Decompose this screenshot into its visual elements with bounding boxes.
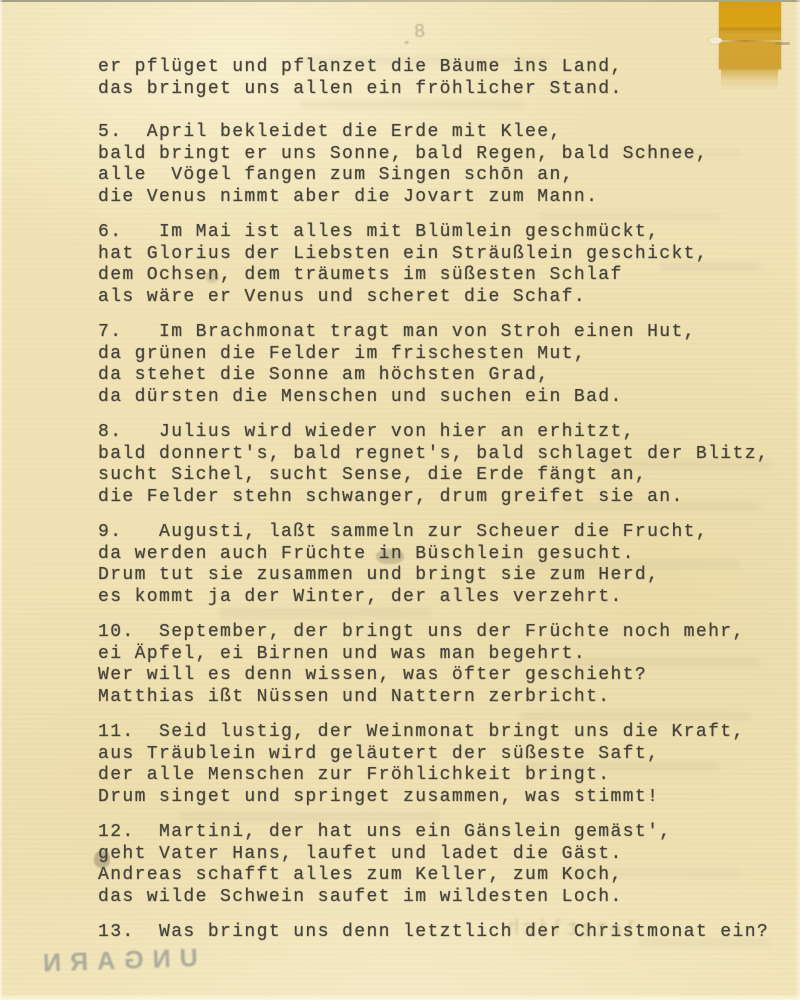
poem-line: da werden auch Früchte in Büschlein gesu… — [98, 544, 788, 566]
poem-line: bald donnert's, bald regnet's, bald schl… — [98, 444, 788, 466]
poem-line: da stehet die Sonne am höchsten Grad, — [98, 365, 788, 387]
document-page: 8 er pflüget und pflanzet die Bäume ins … — [0, 0, 800, 1000]
poem-line: aus Träublein wird geläutert der süßeste… — [98, 744, 788, 766]
poem-line: das wilde Schwein saufet im wildesten Lo… — [98, 887, 788, 909]
paper-top-edge — [0, 0, 800, 2]
poem-line: geht Vater Hans, laufet und ladet die Gä… — [98, 844, 788, 866]
tape-notch — [709, 37, 722, 44]
ungarn-stamp-bleed: UNGARN — [34, 944, 199, 979]
page-number: 8 — [413, 21, 426, 44]
poem-line: 8. Julius wird wieder von hier an erhitz… — [98, 422, 788, 444]
poem-line: die Felder stehn schwanger, drum greifet… — [98, 487, 788, 509]
stanza: 6. Im Mai ist alles mit Blümlein geschmü… — [98, 222, 788, 308]
poem-line: 6. Im Mai ist alles mit Blümlein geschmü… — [98, 222, 788, 244]
stanza: 8. Julius wird wieder von hier an erhitz… — [98, 422, 788, 508]
poem-line: Andreas schafft alles zum Keller, zum Ko… — [98, 865, 788, 887]
ghost-bleed-text: letztlich — [505, 918, 637, 943]
poem-line: 12. Martini, der hat uns ein Gänslein ge… — [98, 822, 788, 844]
poem-line: 11. Seid lustig, der Weinmonat bringt un… — [98, 722, 788, 744]
poem-line: 9. Augusti, laßt sammeln zur Scheuer die… — [98, 522, 788, 544]
poem-line: Wer will es denn wissen, was öfter gesch… — [98, 665, 788, 687]
paper-left-edge — [0, 0, 3, 1000]
poem-line: ei Äpfel, ei Birnen und was man begehrt. — [98, 644, 788, 666]
poem-line: die Venus nimmt aber die Jovart zum Mann… — [98, 187, 788, 209]
stanza: 13. Was bringt uns denn letztlich der Ch… — [98, 922, 788, 944]
stanza: 5. April bekleidet die Erde mit Klee, ba… — [98, 122, 788, 208]
poem-line: 5. April bekleidet die Erde mit Klee, — [98, 122, 788, 144]
poem-line: da dürsten die Menschen und suchen ein B… — [98, 387, 788, 409]
poem-line: da grünen die Felder im frischesten Mut, — [98, 344, 788, 366]
poem-line: Drum singet und springet zusammen, was s… — [98, 787, 788, 809]
poem-line: 7. Im Brachmonat tragt man von Stroh ein… — [98, 322, 788, 344]
poem-line: dem Ochsen, dem träumets im süßesten Sch… — [98, 265, 788, 287]
poem-line: Drum tut sie zusammen und bringt sie zum… — [98, 565, 788, 587]
poem-line: als wäre er Venus und scheret die Schaf. — [98, 287, 788, 309]
tape-crease — [719, 40, 781, 42]
poem-line: hat Glorius der Liebsten ein Sträußlein … — [98, 244, 788, 266]
poem-line: 10. September, der bringt uns der Frücht… — [98, 622, 788, 644]
stanza: 12. Martini, der hat uns ein Gänslein ge… — [98, 822, 788, 908]
paper-bottom-edge — [0, 994, 800, 1000]
poem-line: 13. Was bringt uns denn letztlich der Ch… — [98, 922, 788, 944]
stanza: 7. Im Brachmonat tragt man von Stroh ein… — [98, 322, 788, 408]
stanza: 10. September, der bringt uns der Frücht… — [98, 622, 788, 708]
stanza: 11. Seid lustig, der Weinmonat bringt un… — [98, 722, 788, 808]
poem-line: es kommt ja der Winter, der alles verzeh… — [98, 587, 788, 609]
paper-right-edge — [795, 0, 800, 1000]
tape-edge-mark — [775, 42, 790, 45]
poem-line: er pflüget und pflanzet die Bäume ins La… — [98, 57, 788, 79]
poem-line: sucht Sichel, sucht Sense, die Erde fäng… — [98, 465, 788, 487]
stanza: er pflüget und pflanzet die Bäume ins La… — [98, 57, 788, 100]
poem-line: der alle Menschen zur Fröhlichkeit bring… — [98, 765, 788, 787]
poem-line: bald bringt er uns Sonne, bald Regen, ba… — [98, 144, 788, 166]
poem-line: das bringet uns allen ein fröhlicher Sta… — [98, 79, 788, 101]
poem-line: alle Vögel fangen zum Singen schōn an, — [98, 165, 788, 187]
poem-line: Matthias ißt Nüssen und Nattern zerbrich… — [98, 687, 788, 709]
poem-text: er pflüget und pflanzet die Bäume ins La… — [98, 57, 788, 958]
stanza: 9. Augusti, laßt sammeln zur Scheuer die… — [98, 522, 788, 608]
